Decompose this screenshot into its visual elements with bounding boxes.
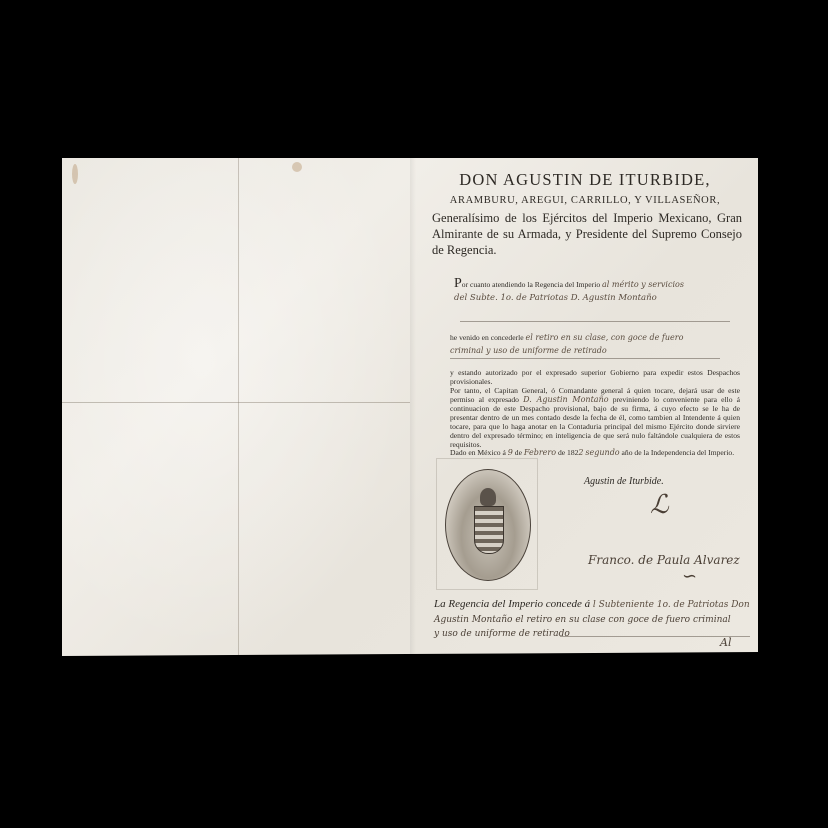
endorsement-handwritten-2: Agustin Montaño el retiro en su clase co… (434, 615, 754, 625)
printed-right-page: DON AGUSTIN DE ITURBIDE, ARAMBURU, AREGU… (410, 158, 758, 656)
handwritten-recipient: del Subte. 1o. de Patriotas D. Agustin M… (454, 294, 694, 303)
endorsement-handwritten-3: y uso de uniforme de retirado (434, 629, 634, 639)
document-sheet: DON AGUSTIN DE ITURBIDE, ARAMBURU, AREGU… (62, 158, 758, 656)
document-title: DON AGUSTIN DE ITURBIDE, (420, 170, 750, 190)
authority-text: y estando autorizado por el expresado su… (450, 368, 740, 386)
engraved-vignette (436, 458, 538, 590)
surnames-line: ARAMBURU, AREGUI, CARRILLO, Y VILLASEÑOR… (420, 195, 750, 206)
shield-icon (474, 506, 504, 554)
dropcap: P (454, 276, 462, 291)
helmet-crest (480, 488, 496, 506)
handwritten-grant-2: criminal y uso de uniforme de retirado (450, 346, 710, 355)
grant-line: he venido en concederle el retiro en su … (450, 333, 750, 342)
secretary-signature: Franco. de Paula Alvarez (588, 553, 740, 567)
fill-line (450, 358, 720, 359)
stain (72, 164, 78, 184)
order-text: Por tanto, el Capitan General, ó Comanda… (450, 386, 740, 449)
horizontal-fold-line (62, 402, 410, 403)
vertical-fold-line (238, 158, 239, 656)
titles-text: Generalísimo de los Ejércitos del Imperi… (432, 210, 742, 258)
blank-left-page (62, 158, 410, 656)
fill-line (460, 321, 730, 322)
endorsement-initials: Al (720, 636, 731, 649)
signature-flourish: ∽ (682, 566, 697, 587)
dated-line: Dado en México á 9 de Febrero de 1822 se… (450, 448, 740, 457)
handwritten-merit: al mérito y servicios (602, 280, 684, 289)
handwritten-name: D. Agustin Montaño (523, 395, 608, 404)
coat-of-arms-engraving (445, 469, 531, 581)
regency-endorsement: La Regencia del Imperio concede á l Subt… (434, 598, 754, 612)
rubric-flourish: ℒ (650, 490, 669, 520)
printed-signature: Agustin de Iturbide. (584, 476, 664, 487)
stain (292, 162, 302, 172)
handwritten-grant: el retiro en su clase, con goce de fuero (526, 333, 684, 342)
opening-line: Por cuanto atendiendo la Regencia del Im… (454, 279, 754, 289)
